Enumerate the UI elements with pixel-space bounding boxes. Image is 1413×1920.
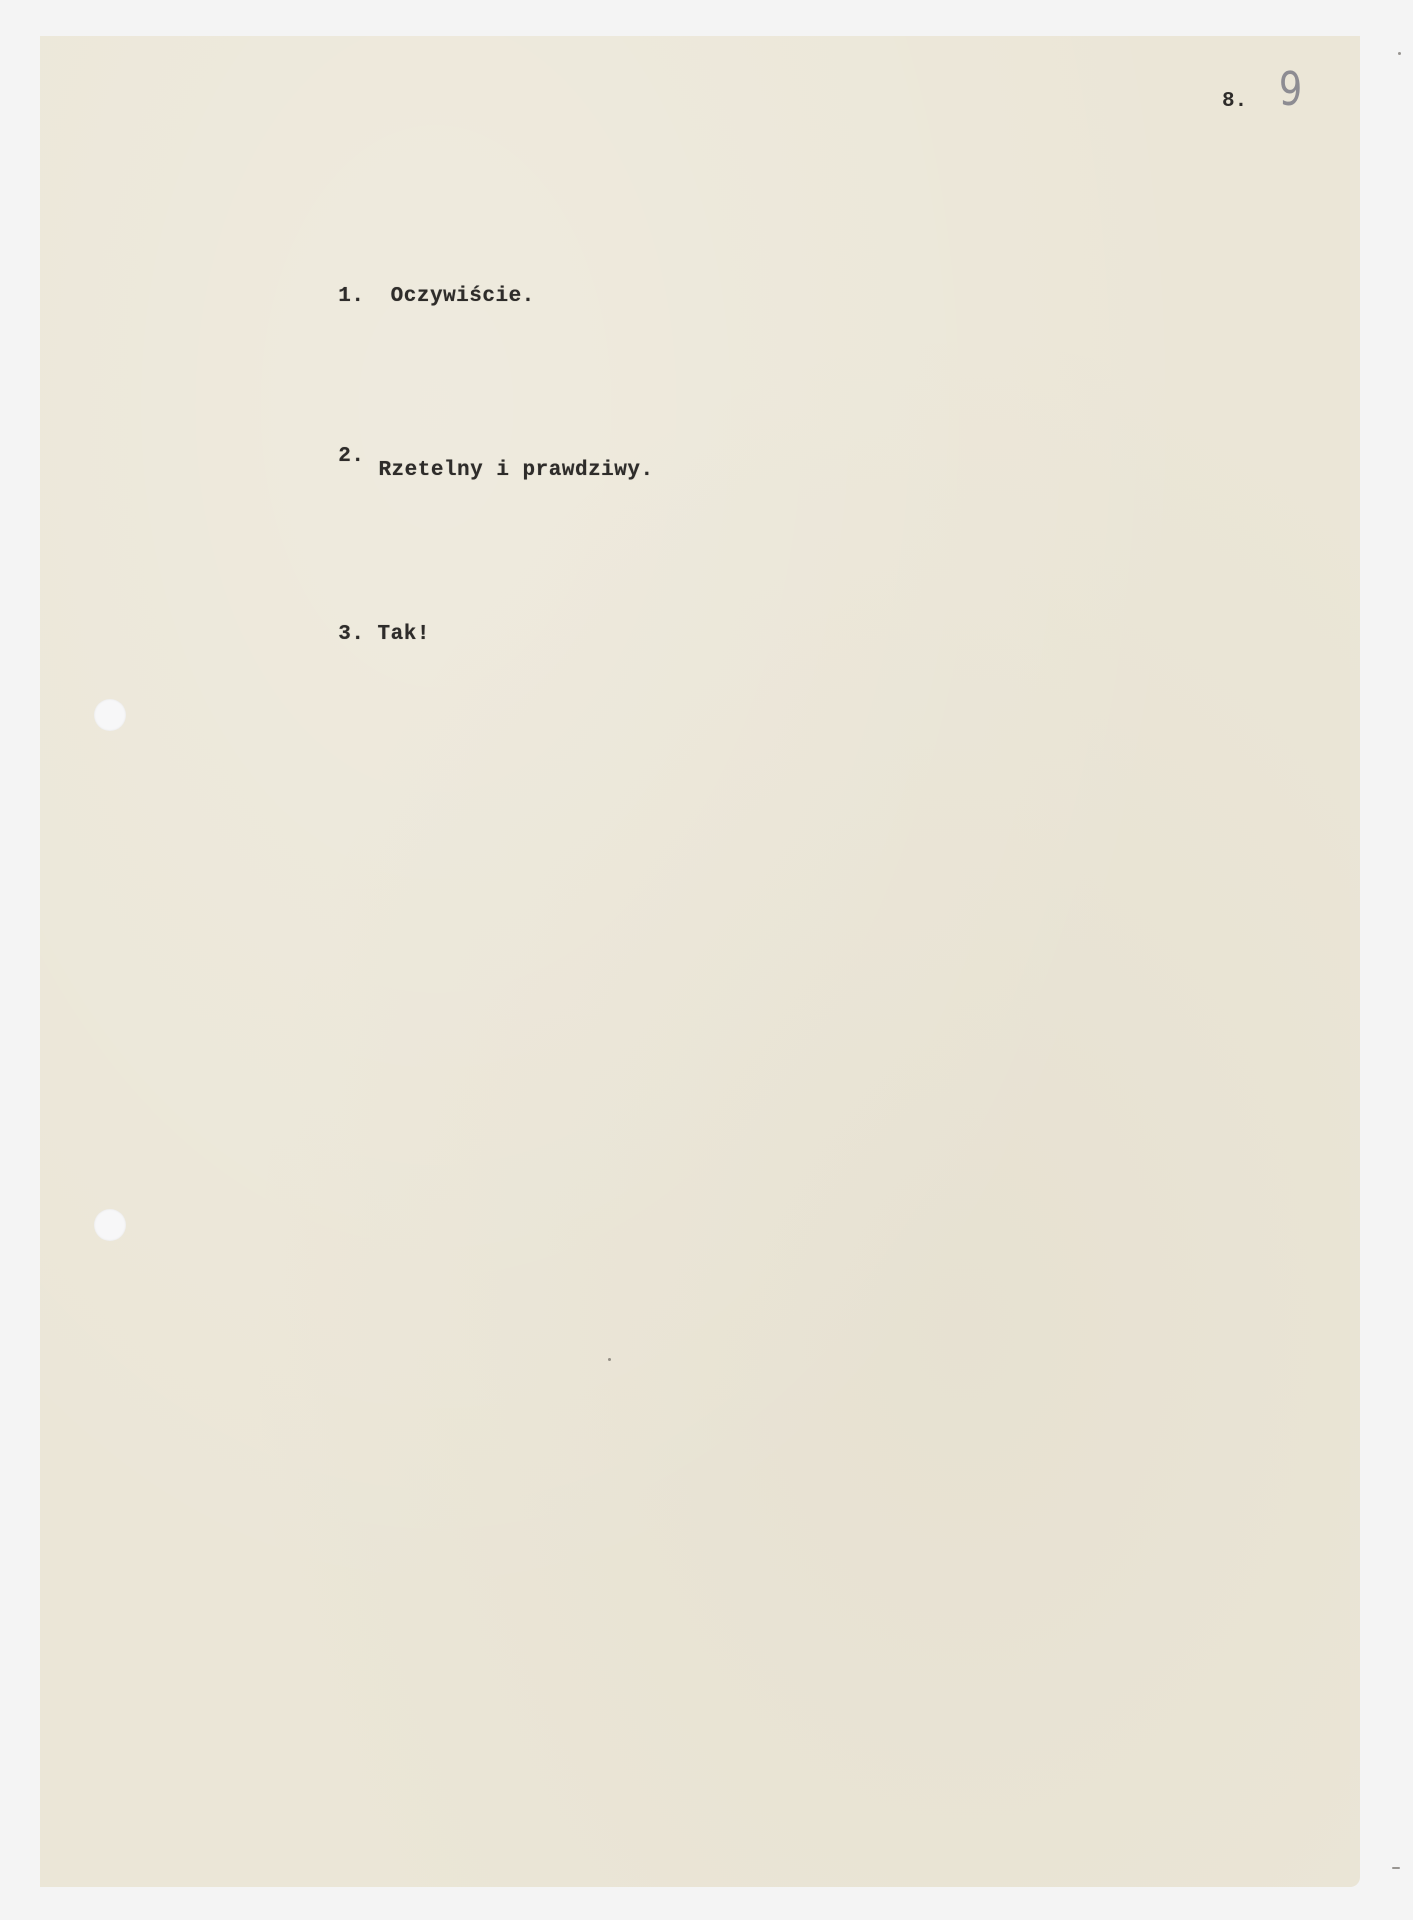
list-item-2: 2.Rzetelny i prawdziwy. bbox=[312, 436, 654, 482]
handwritten-page-number: 9 bbox=[1279, 62, 1302, 116]
item-number: 3. bbox=[338, 623, 364, 646]
item-number: 1. bbox=[338, 285, 364, 308]
document-page bbox=[40, 36, 1360, 1887]
punch-hole-top bbox=[94, 699, 126, 731]
punch-hole-bottom bbox=[94, 1209, 126, 1241]
item-text: Rzetelny i prawdziwy. bbox=[378, 459, 653, 482]
paper-speck bbox=[1392, 1867, 1400, 1869]
paper-speck bbox=[1398, 52, 1401, 55]
item-number: 2. bbox=[338, 445, 364, 468]
item-text: Oczywiście. bbox=[391, 285, 535, 308]
item-text: Tak! bbox=[378, 623, 430, 646]
list-item-1: 1. Oczywiście. bbox=[312, 262, 535, 308]
typed-page-number: 8. bbox=[1222, 90, 1247, 113]
list-item-3: 3. Tak! bbox=[312, 600, 430, 646]
paper-speck bbox=[608, 1358, 611, 1361]
